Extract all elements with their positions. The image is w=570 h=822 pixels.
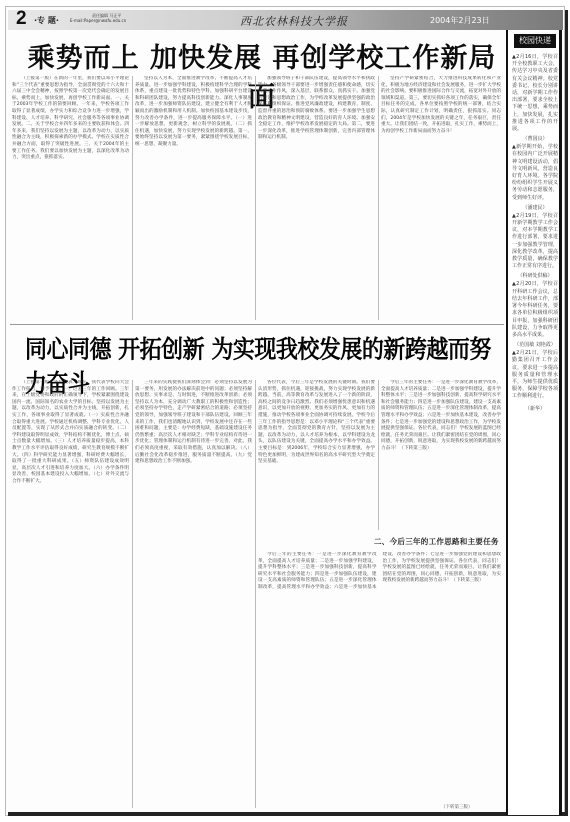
section-divider bbox=[10, 324, 504, 325]
article2-column-2: 三年来的实践使我们深刻体会到：必须坚持以发展为第一要务，用发展的办法解决前进中的… bbox=[135, 380, 252, 808]
column-divider bbox=[255, 380, 256, 808]
editor-info: 责任编辑 马正平 E-mail:Paper@nwafu.edu.cn bbox=[70, 13, 126, 23]
news-source: （潘建民） bbox=[512, 204, 558, 211]
news-source: （曹国良） bbox=[512, 135, 558, 142]
article2-lower-columns: 今后三年的主要任务：一是进一步深化教育教学改革，全面提高人才培养质量；二是进一步… bbox=[258, 552, 501, 802]
article2-text-4: 今后三年的主要任务：一是进一步深化教育教学改革，全面提高人才培养质量；二是进一步… bbox=[381, 380, 501, 453]
sidebar-title: 校园快递 bbox=[514, 34, 556, 48]
column-divider bbox=[378, 380, 379, 530]
news-brief: ▲2月16日，学校召开全校教职工大会，传达学习中央及省委有关会议精神。校党委书记… bbox=[512, 54, 558, 133]
article1-text-4: 坚持产学研紧密结合，大力推进科技成果转化和产业化，积极为地方经济建设和社会发展服… bbox=[381, 76, 501, 135]
article1-column-2: 坚持以人为本，全面推进教学改革，不断提高人才培养质量。进一步加强学科建设，积极构… bbox=[135, 76, 252, 320]
article2-text-lower: 今后三年的主要任务：一是进一步深化教育教学改革，全面提高人才培养质量；二是进一步… bbox=[258, 552, 501, 592]
article1-text-1: （上接第一版）在新的一年里，我们要以邓小平理论和“三个代表”重要思想为指导，全面… bbox=[12, 76, 129, 162]
news-brief: ▲新学期开始，学校在校园内广泛开展精神文明建设活动，倡导文明新风，营造良好育人环… bbox=[512, 144, 558, 202]
article2-column-1: （上接第一版）各位代表：现在，我代表学校向大会作工作报告，请予审议。一、过去三年… bbox=[12, 380, 129, 808]
news-source: （新华） bbox=[512, 405, 558, 412]
continued-note: （下转第三版） bbox=[441, 804, 473, 810]
page-header: 2 ·专 题· 责任编辑 马正平 E-mail:Paper@nwafu.edu.… bbox=[8, 10, 563, 30]
news-brief: ▲2月19日，学校召开新学期教学工作会议，对本学期教学工作进行部署，要求进一步加… bbox=[512, 213, 558, 271]
article1-column-4: 坚持产学研紧密结合，大力推进科技成果转化和产业化，积极为地方经济建设和社会发展服… bbox=[381, 76, 501, 320]
page-number: 2 bbox=[16, 8, 27, 30]
article1-text-3: 加强领导班子和干部队伍建设，提高领导水平和执政能力。各级领导干部要进一步增强责任… bbox=[258, 76, 375, 142]
article1-column-3: 加强领导班子和干部队伍建设，提高领导水平和执政能力。各级领导干部要进一步增强责任… bbox=[258, 76, 375, 320]
section-label: ·专 题· bbox=[34, 15, 59, 26]
article2-subheading: 二、今后三年的工作思路和主要任务 bbox=[374, 536, 504, 547]
column-divider bbox=[255, 76, 256, 320]
email-line: E-mail:Paper@nwafu.edu.cn bbox=[70, 18, 126, 23]
page-shadow-right bbox=[565, 10, 568, 816]
article2-text-1: （上接第一版）各位代表：现在，我代表学校向大会作工作报告，请予审议。一、过去三年… bbox=[12, 380, 129, 486]
article2-column-4-top: 今后三年的主要任务：一是进一步深化教育教学改革，全面提高人才培养质量；二是进一步… bbox=[381, 380, 501, 530]
issue-date: 2004年2月23日 bbox=[430, 15, 490, 26]
article2-text-3: 各位代表，今后三年是学校发展的关键时期。我们要认清形势，抓住机遇，迎接挑战，努力… bbox=[258, 380, 375, 466]
campus-news-sidebar: 校园快递 ▲2月16日，学校召开全校教职工大会，传达学习中央及省委有关会议精神。… bbox=[506, 30, 562, 815]
article2-text-2: 三年来的实践使我们深刻体会到：必须坚持以发展为第一要务，用发展的办法解决前进中的… bbox=[135, 380, 252, 466]
article1-column-1: （上接第一版）在新的一年里，我们要以邓小平理论和“三个代表”重要思想为指导，全面… bbox=[12, 76, 129, 320]
column-divider bbox=[132, 76, 133, 320]
article1-text-2: 坚持以人为本，全面推进教学改革，不断提高人才培养质量。进一步加强学科建设，积极构… bbox=[135, 76, 252, 149]
news-brief: ▲2月21日，学校后勤集团召开工作会议，要求进一步提高服务质量和管理水平，为师生… bbox=[512, 350, 558, 400]
column-divider bbox=[132, 380, 133, 808]
column-divider bbox=[378, 76, 379, 320]
news-brief: ▲2月20日，学校召开科研工作会议，总结去年科研工作，部署今年科研任务，要求各单… bbox=[512, 281, 558, 339]
newspaper-masthead: 西北农林科技大学报 bbox=[240, 13, 348, 29]
sidebar-body: ▲2月16日，学校召开全校教职工大会，传达学习中央及省委有关会议精神。校党委书记… bbox=[512, 54, 558, 412]
news-source: （范国敏 刘艳霞） bbox=[512, 341, 558, 348]
page-shadow bbox=[8, 812, 568, 816]
news-source: （科研处供稿） bbox=[512, 272, 558, 279]
